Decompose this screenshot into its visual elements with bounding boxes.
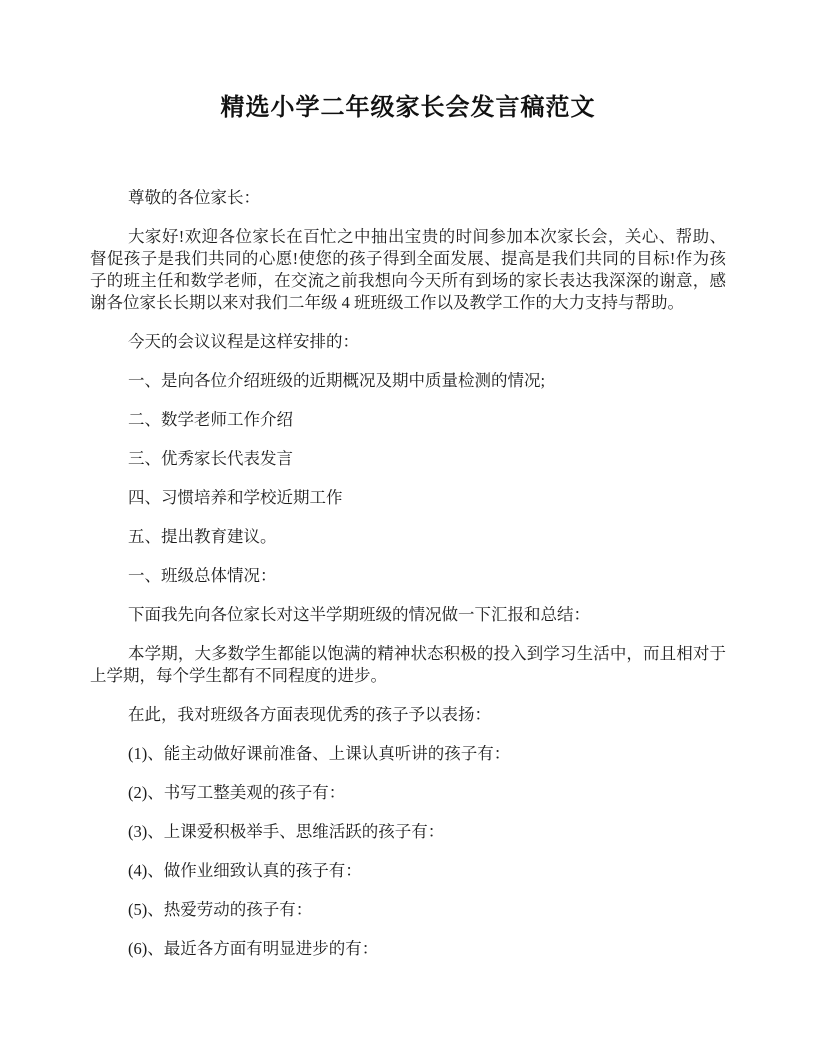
paragraph-praise-item-5: (5)、热爱劳动的孩子有： — [90, 899, 726, 921]
paragraph-praise-intro: 在此，我对班级各方面表现优秀的孩子予以表扬： — [90, 704, 726, 726]
paragraph-agenda-intro: 今天的会议议程是这样安排的： — [90, 331, 726, 353]
paragraph-agenda-item-4: 四、习惯培养和学校近期工作 — [90, 487, 726, 509]
paragraph-greeting: 大家好!欢迎各位家长在百忙之中抽出宝贵的时间参加本次家长会，关心、帮助、督促孩子… — [90, 226, 726, 314]
paragraph-agenda-item-1: 一、是向各位介绍班级的近期概况及期中质量检测的情况; — [90, 370, 726, 392]
paragraph-agenda-item-3: 三、优秀家长代表发言 — [90, 448, 726, 470]
document-body: 尊敬的各位家长： 大家好!欢迎各位家长在百忙之中抽出宝贵的时间参加本次家长会，关… — [90, 187, 726, 960]
paragraph-agenda-item-5: 五、提出教育建议。 — [90, 526, 726, 548]
paragraph-semester-summary: 本学期，大多数学生都能以饱满的精神状态积极的投入到学习生活中，而且相对于上学期，… — [90, 643, 726, 687]
paragraph-report-intro: 下面我先向各位家长对这半学期班级的情况做一下汇报和总结： — [90, 604, 726, 626]
paragraph-praise-item-6: (6)、最近各方面有明显进步的有： — [90, 938, 726, 960]
paragraph-praise-item-1: (1)、能主动做好课前准备、上课认真听讲的孩子有： — [90, 743, 726, 765]
paragraph-section-heading: 一、班级总体情况： — [90, 565, 726, 587]
paragraph-praise-item-3: (3)、上课爱积极举手、思维活跃的孩子有： — [90, 821, 726, 843]
paragraph-praise-item-4: (4)、做作业细致认真的孩子有： — [90, 860, 726, 882]
paragraph-praise-item-2: (2)、书写工整美观的孩子有： — [90, 782, 726, 804]
document-title: 精选小学二年级家长会发言稿范文 — [90, 94, 726, 122]
paragraph-agenda-item-2: 二、数学老师工作介绍 — [90, 409, 726, 431]
paragraph-salutation: 尊敬的各位家长： — [90, 187, 726, 209]
document-page: 精选小学二年级家长会发言稿范文 尊敬的各位家长： 大家好!欢迎各位家长在百忙之中… — [0, 0, 816, 1056]
